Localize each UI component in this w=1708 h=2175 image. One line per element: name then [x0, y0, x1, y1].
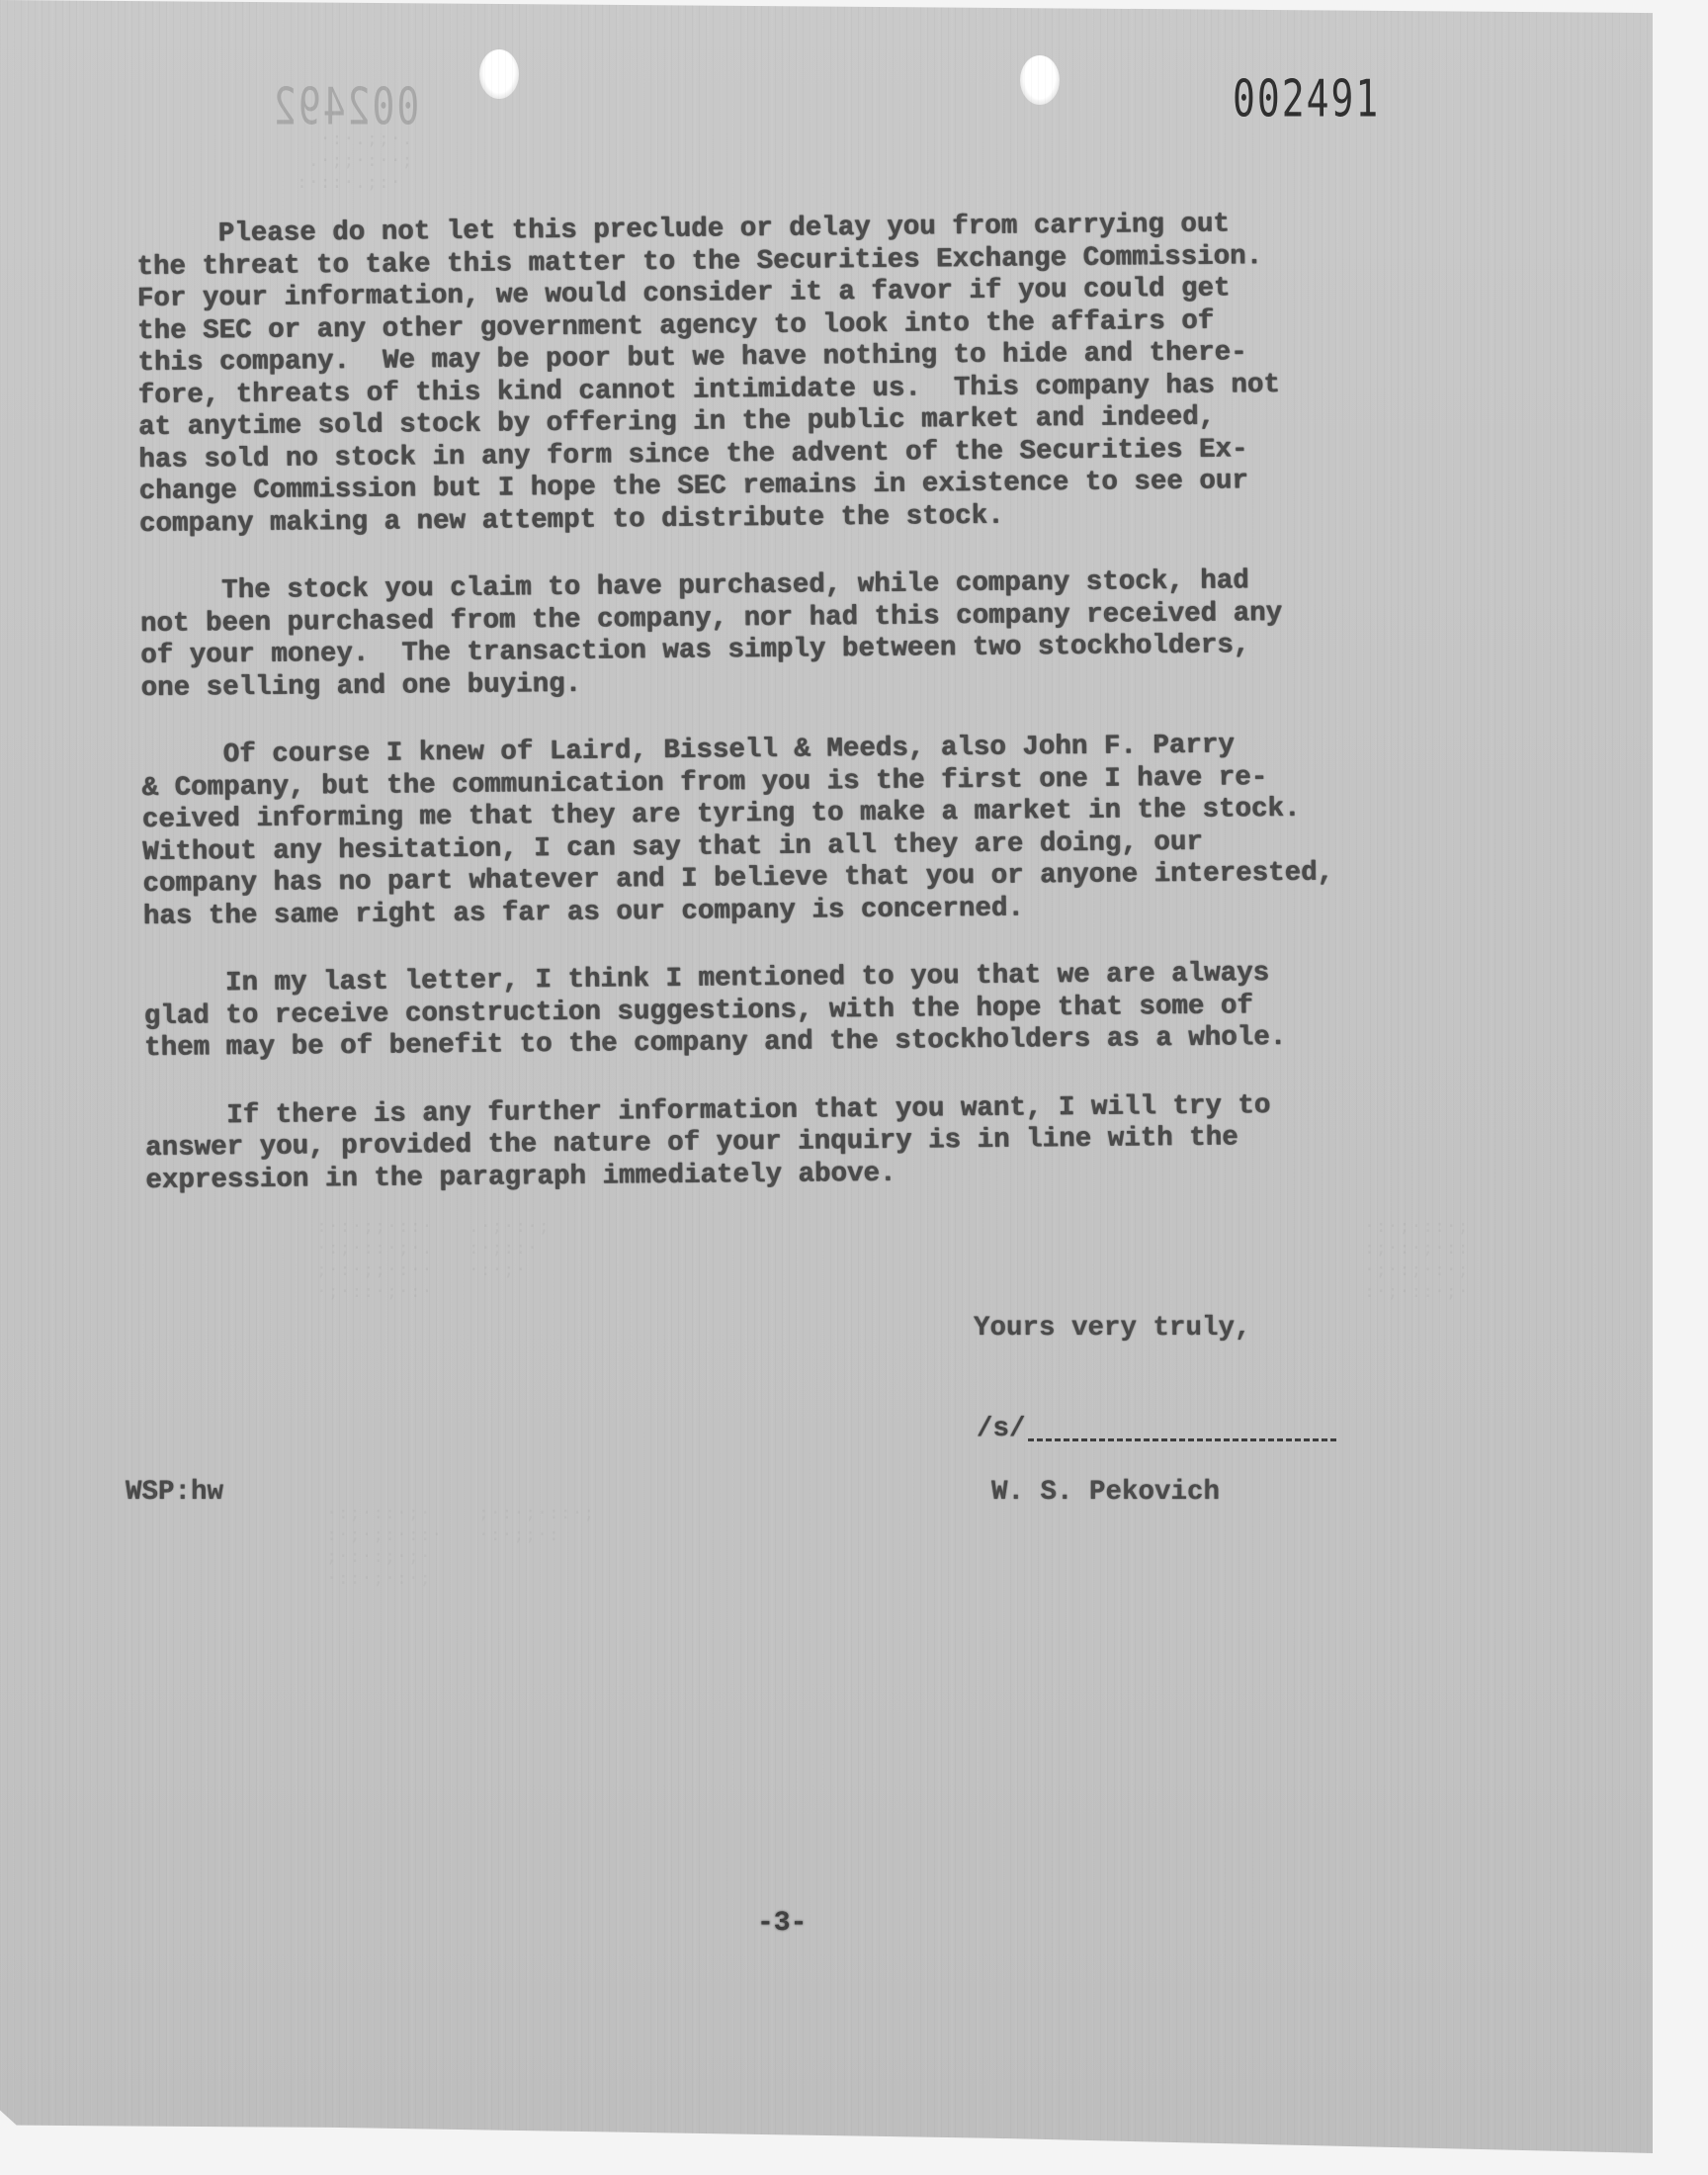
letter-paragraph-1: Please do not let this preclude or delay…	[136, 206, 1582, 541]
signature-prefix: /s/	[977, 1414, 1026, 1444]
document-stamp-number: 002491	[1233, 69, 1380, 128]
signer-name: W. S. Pekovich	[991, 1477, 1220, 1508]
letter-closing: Yours very truly,	[974, 1313, 1251, 1344]
letter-paragraph-5: If there is any further information that…	[145, 1087, 1589, 1197]
bleed-through-marks: ·:·;·::·; :;·:·;·:: ·;·:;·:·; :·;·::·;·	[1364, 1216, 1470, 1303]
letter-paragraph-2: The stock you claim to have purchased, w…	[139, 563, 1583, 705]
letter-paragraph-3: Of course I knew of Laird, Bissell & Mee…	[141, 727, 1586, 933]
punch-hole-right	[1020, 55, 1060, 105]
page-number: -3-	[757, 1908, 807, 1939]
bleed-through-marks: ·:·.;;·. .·;;·:··; :·::·.;:·	[297, 129, 413, 194]
stamp-number-bleed-through: 002492	[272, 77, 419, 135]
bleed-through-marks: ·:;·::·;· ;·:·;·::·; :·;·;:·::· ·:·;;·: …	[326, 1503, 595, 1590]
signature-underline	[1028, 1438, 1336, 1441]
reference-initials: WSP:hw	[126, 1477, 223, 1508]
signature-block: /s/	[977, 1414, 1336, 1444]
letter-body: Please do not let this preclude or delay…	[136, 206, 1589, 1233]
punch-hole-left	[479, 49, 519, 99]
letter-paragraph-4: In my last letter, I think I mentioned t…	[143, 955, 1587, 1066]
scanned-letter-page: 002492 002491 ·:·.;;·. .·;;·:··; :·::·.;…	[0, 0, 1653, 2153]
